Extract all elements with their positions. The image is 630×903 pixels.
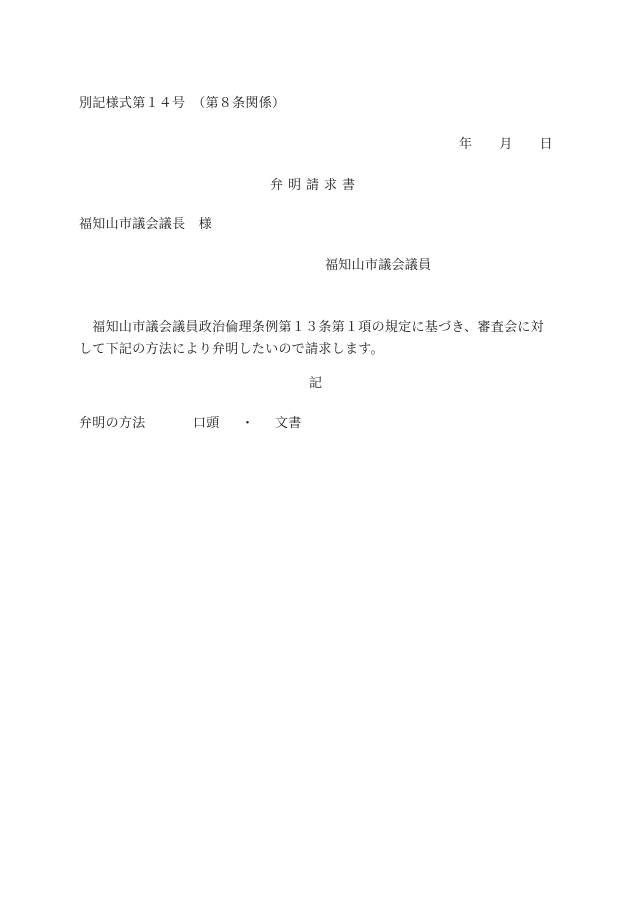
method-option-oral: 口頭	[193, 416, 241, 432]
form-number-label: 別記様式第１４号 （第８条関係）	[79, 96, 285, 112]
document-title: 弁明請求書	[270, 178, 360, 194]
date-year-label: 年	[459, 137, 472, 153]
method-row: 弁明の方法口頭・文書	[79, 416, 302, 432]
method-label: 弁明の方法	[79, 416, 193, 432]
body-paragraph: 福知山市議会議員政治倫理条例第１３条第１項の規定に基づき、審査会に対 して下記の…	[79, 317, 555, 361]
ki-heading: 記	[309, 376, 322, 392]
method-option-written: 文書	[275, 416, 302, 432]
date-day-label: 日	[540, 137, 553, 153]
date-month-label: 月	[499, 137, 512, 153]
method-separator: ・	[241, 416, 275, 432]
body-line-2: して下記の方法により弁明したいので請求します。	[79, 339, 555, 361]
sender: 福知山市議会議員	[325, 258, 431, 274]
body-line-1: 福知山市議会議員政治倫理条例第１３条第１項の規定に基づき、審査会に対	[79, 317, 555, 339]
addressee: 福知山市議会議長 様	[79, 217, 212, 233]
date-line: 年月日	[459, 137, 553, 153]
